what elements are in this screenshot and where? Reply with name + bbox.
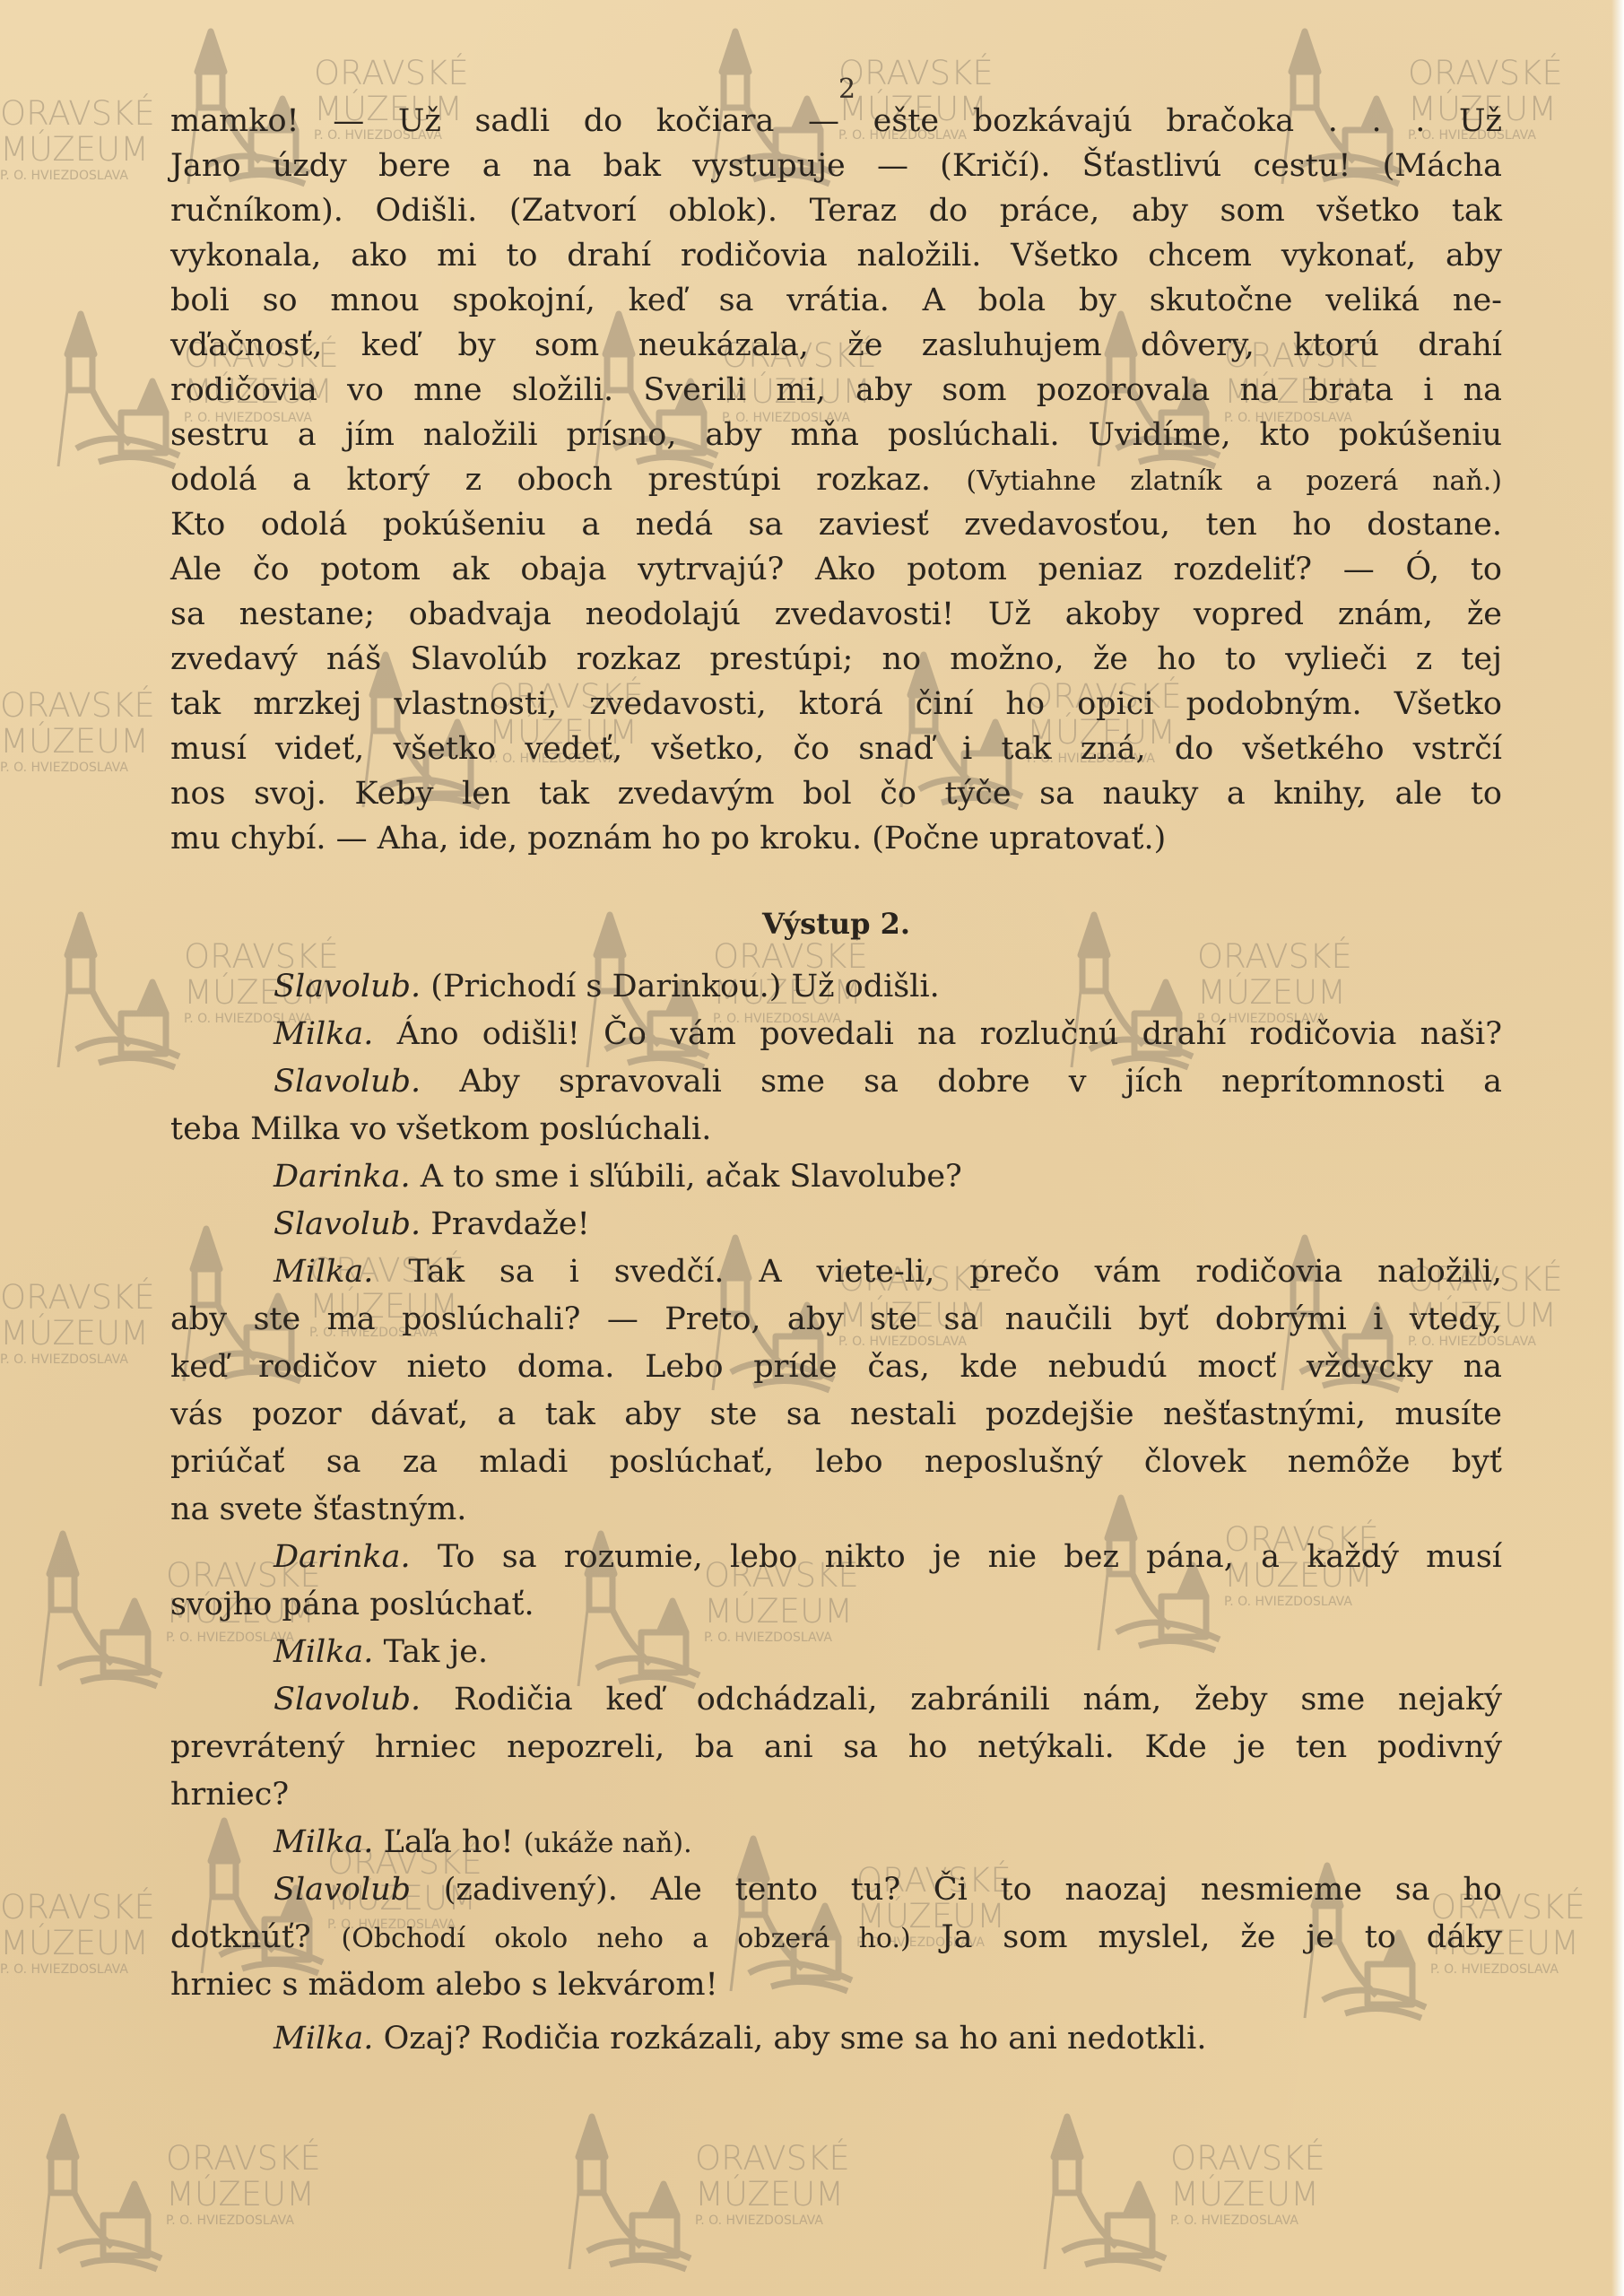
text-line: vykonala, ako mi to drahí rodičovia nalo… — [170, 233, 1502, 278]
text-line: zvedavý náš Slavolúb rozkaz prestúpi; no… — [170, 637, 1502, 682]
dialogue-text: Ozaj? Rodičia rozkázali, aby sme sa ho a… — [384, 2021, 1207, 2057]
dialogue-continuation: priúčať sa za mladi poslúchať, lebo nepo… — [170, 1439, 1502, 1484]
stage-direction: (ukáže naň). — [524, 1828, 692, 1859]
text-line: ručníkom). Odišli. (Zatvorí oblok). Tera… — [170, 188, 1502, 233]
stage-direction: (Obchodí okolo neho a obzerá ho.) — [342, 1923, 911, 1954]
stage-direction: (zadivený). — [444, 1872, 618, 1908]
dialogue-text: Pravdaže! — [430, 1206, 589, 1242]
dialogue-text: Áno odišli! Čo vám povedali na rozlučnú … — [397, 1016, 1502, 1052]
dialogue-continuation: aby ste ma poslúchali? — Preto, aby ste … — [170, 1297, 1502, 1342]
text-line: Kto odolá pokúšeniu a nedá sa zaviesť zv… — [170, 502, 1502, 547]
stage-direction: (Vytiahne zlatník a pozerá naň.) — [966, 465, 1502, 497]
scene-heading: Výstup 2. — [170, 901, 1502, 946]
dialogue-continuation: hrniec s mädom alebo s lekvárom! — [170, 1962, 1502, 2007]
dialogue-text: Rodičia keď odchádzali, zabránili nám, ž… — [454, 1682, 1502, 1718]
speaker-name: Darinka. — [274, 1159, 411, 1195]
text-line: musí videť, všetko vedeť, všetko, čo sna… — [170, 726, 1502, 771]
dialogue-line: Slavolub. (Prichodí s Darinkou.) Už odiš… — [170, 964, 1502, 1009]
speaker-name: Slavolub. — [274, 1064, 421, 1100]
dialogue-continuation: prevrátený hrniec nepozreli, ba ani sa h… — [170, 1725, 1502, 1770]
dialogue-text: (Prichodí s Darinkou.) Už odišli. — [430, 969, 940, 1004]
text-fragment: odolá a ktorý z oboch prestúpi rozkaz. — [170, 462, 931, 498]
dialogue-line: Darinka. A to sme i sľúbili, ačak Slavol… — [170, 1154, 1502, 1199]
text-line: sestru a jím naložili prísno, aby mňa po… — [170, 413, 1502, 457]
dialogue-text: A to sme i sľúbili, ačak Slavolube? — [421, 1159, 962, 1195]
speaker-name: Slavolub. — [274, 969, 421, 1004]
speaker-name: Slavolub. — [274, 1206, 421, 1242]
dialogue-line: Milka. Ozaj? Rodičia rozkázali, aby sme … — [170, 2016, 1502, 2061]
dialogue-continuation: na svete šťastným. — [170, 1487, 1502, 1532]
dialogue-continuation: dotknúť? (Obchodí okolo neho a obzerá ho… — [170, 1915, 1502, 1960]
text-line: mu chybí. — Aha, ide, poznám ho po kroku… — [170, 816, 1502, 861]
text-line: Ale čo potom ak obaja vytrvajú? Ako poto… — [170, 547, 1502, 592]
dialogue-text: To sa rozumie, lebo nikto je nie bez pán… — [438, 1539, 1502, 1575]
speaker-name: Milka. — [274, 2021, 373, 2057]
dialogue-line: Slavolub. Pravdaže! — [170, 1202, 1502, 1247]
dialogue-continuation: vás pozor dávať, a tak aby ste sa nestal… — [170, 1392, 1502, 1437]
speaker-name: Milka. — [274, 1824, 373, 1860]
dialogue-line: Slavolub. Rodičia keď odchádzali, zabrán… — [170, 1677, 1502, 1722]
dialogue-line: Slavolub (zadivený). Ale tento tu? Či to… — [170, 1867, 1502, 1912]
speaker-name: Milka. — [274, 1634, 373, 1670]
dialogue-text: Tak je. — [384, 1634, 489, 1670]
text-line: Jano úzdy bere a na bak vystupuje — (Kri… — [170, 143, 1502, 188]
dialogue-continuation: keď rodičov nieto doma. Lebo príde čas, … — [170, 1344, 1502, 1389]
dialogue-text: Aby spravovali sme sa dobre v jích neprí… — [459, 1064, 1502, 1100]
speaker-name: Milka. — [274, 1254, 373, 1290]
dialogue-text: Tak sa i svedčí. A viete-li, prečo vám r… — [408, 1254, 1502, 1290]
dialogue-line: Milka. Tak sa i svedčí. A viete-li, preč… — [170, 1249, 1502, 1294]
dialogue-line: Milka. Ľaľa ho! (ukáže naň). — [170, 1820, 1502, 1865]
dialogue-text: Ľaľa ho! — [384, 1824, 514, 1860]
dialogue-continuation: hrniec? — [170, 1772, 1502, 1817]
speaker-name: Milka. — [274, 1016, 373, 1052]
dialogue-continuation: svojho pána poslúchať. — [170, 1582, 1502, 1627]
dialogue-line: Milka. Tak je. — [170, 1630, 1502, 1674]
text-line: nos svoj. Keby len tak zvedavým bol čo t… — [170, 771, 1502, 816]
text-line: boli so mnou spokojní, keď sa vrátia. A … — [170, 278, 1502, 323]
text-line: odolá a ktorý z oboch prestúpi rozkaz. (… — [170, 457, 1502, 502]
text-line: mamko! — Už sadli do kočiara — ešte bozk… — [170, 99, 1502, 143]
dialogue-line: Darinka. To sa rozumie, lebo nikto je ni… — [170, 1535, 1502, 1579]
page-edge — [1611, 0, 1624, 2296]
speaker-name: Slavolub. — [274, 1682, 421, 1718]
text-line: sa nestane; obadvaja neodolajú zvedavost… — [170, 592, 1502, 637]
dialogue-continuation: teba Milka vo všetkom poslúchali. — [170, 1107, 1502, 1152]
dialogue-line: Milka. Áno odišli! Čo vám povedali na ro… — [170, 1012, 1502, 1057]
text-fragment: Ja som myslel, že je to dáky — [942, 1919, 1502, 1955]
text-line: vďačnosť, keď by som neukázala, že zaslu… — [170, 323, 1502, 368]
speaker-name: Slavolub — [274, 1872, 411, 1908]
text-fragment: dotknúť? — [170, 1919, 311, 1955]
text-line: tak mrzkej vlastnosti, zvedavosti, ktorá… — [170, 682, 1502, 726]
dialogue-text: Ale tento tu? Či to naozaj nesmieme sa h… — [651, 1872, 1502, 1908]
speaker-name: Darinka. — [274, 1539, 411, 1575]
text-line: rodičovia vo mne složili. Sverili mi, ab… — [170, 368, 1502, 413]
dialogue-line: Slavolub. Aby spravovali sme sa dobre v … — [170, 1059, 1502, 1104]
